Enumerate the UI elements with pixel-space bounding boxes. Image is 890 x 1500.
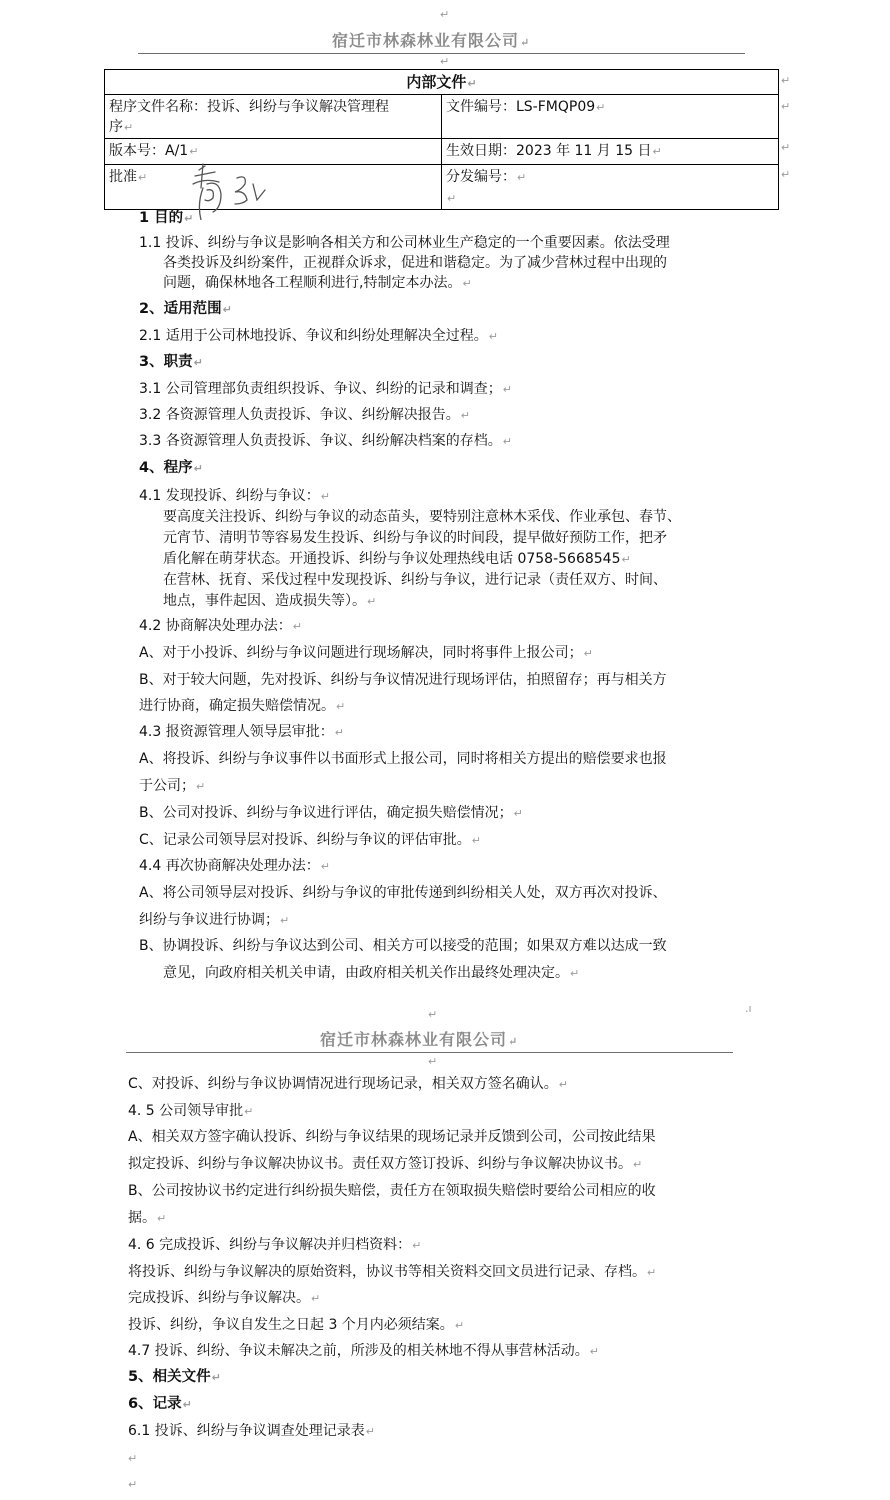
paragraph-mark: ↵	[223, 303, 232, 316]
paragraph-mark: ↵	[321, 490, 330, 503]
section-2-heading: 2、适用范围↵	[139, 299, 232, 320]
paragraph: 纠纷与争议进行协调；↵	[139, 910, 289, 931]
paragraph-mark: ↵	[489, 330, 498, 343]
paragraph-text: 4.7 投诉、纠纷、争议未解决之前，所涉及的相关林地不得从事营林活动。	[128, 1343, 589, 1359]
distribution-number-cell: 分发编号：↵ ↵	[442, 165, 779, 210]
paragraph-text: 4.1 发现投诉、纠纷与争议：	[139, 488, 320, 504]
paragraph-text: 3.1 公司管理部负责组织投诉、争议、纠纷的记录和调查；	[139, 381, 502, 397]
paragraph-mark: ↵	[461, 409, 470, 422]
paragraph-mark: ↵	[462, 277, 471, 290]
paragraph: 1.1 投诉、纠纷与争议是影响各相关方和公司林业生产稳定的一个重要因素。依法受理	[139, 233, 670, 253]
paragraph-mark: ↵	[596, 101, 605, 114]
paragraph: 4. 6 完成投诉、纠纷与争议解决并归档资料：↵	[128, 1235, 421, 1256]
paragraph: 4.3 报资源管理人领导层审批：↵	[139, 722, 344, 743]
company-header-page-2: 宿迁市林森林业有限公司↵	[320, 1027, 518, 1050]
paragraph-text: 将投诉、纠纷与争议解决的原始资料，协议书等相关资料交回文员进行记录、存档。	[128, 1264, 646, 1280]
paragraph-mark: ↵	[781, 74, 790, 87]
paragraph-mark: ↵	[366, 1425, 375, 1438]
paragraph: 拟定投诉、纠纷与争议解决协议书。责任双方签订投诉、纠纷与争议解决协议书。↵	[128, 1154, 642, 1175]
paragraph-text: 4. 6 完成投诉、纠纷与争议解决并归档资料：	[128, 1237, 411, 1253]
doc-number: 文件编号：LS-FMQP09	[446, 99, 595, 115]
heading-text: 1 目的	[139, 210, 183, 226]
program-name: 程序文件名称：投诉、纠纷与争议解决管理程	[109, 99, 389, 115]
paragraph-text: 于公司；	[139, 778, 195, 794]
paragraph: 4. 5 公司领导审批↵	[128, 1101, 253, 1122]
paragraph: B、对于较大问题，先对投诉、纠纷与争议情况进行现场评估，拍照留存；再与相关方	[139, 670, 667, 690]
paragraph-mark: ↵	[514, 807, 523, 820]
heading-text: 4、程序	[139, 460, 193, 476]
paragraph-mark: ↵	[194, 356, 203, 369]
distribution-number: 分发编号：	[446, 169, 516, 185]
paragraph-mark: ↵	[212, 1371, 221, 1384]
paragraph-text: 纠纷与争议进行协调；	[139, 912, 279, 928]
paragraph: C、记录公司领导层对投诉、纠纷与争议的评估审批。↵	[139, 830, 481, 851]
paragraph-text: 地点，事件起因、造成损失等）。	[163, 593, 366, 609]
paragraph: 3.3 各资源管理人负责投诉、争议、纠纷解决档案的存档。↵	[139, 431, 512, 452]
paragraph-mark: ↵	[183, 1398, 192, 1411]
program-name-cell: 程序文件名称：投诉、纠纷与争议解决管理程 序↵	[105, 95, 442, 139]
paragraph-mark: ↵	[280, 914, 289, 927]
paragraph-mark: ↵	[128, 1478, 137, 1491]
paragraph-text: 问题，确保林地各工程顺利进行,特制定本办法。	[163, 275, 461, 291]
paragraph: A、将公司领导层对投诉、纠纷与争议的审批传递到纠纷相关人处，双方再次对投诉、	[139, 883, 667, 903]
header-divider	[138, 53, 745, 54]
paragraph-mark: ↵	[455, 1319, 464, 1332]
paragraph-text: 4. 5 公司领导审批	[128, 1103, 243, 1119]
paragraph: 地点，事件起因、造成损失等）。↵	[163, 591, 376, 612]
paragraph-mark: ↵	[293, 620, 302, 633]
paragraph: A、相关双方签字确认投诉、纠纷与争议结果的现场记录并反馈到公司，公司按此结果	[128, 1127, 656, 1147]
paragraph-mark: ↵	[321, 860, 330, 873]
paragraph-mark: ↵	[467, 77, 476, 90]
paragraph-mark: ↵	[621, 553, 630, 566]
paragraph-mark: ↵	[336, 700, 345, 713]
paragraph-mark: ↵	[503, 383, 512, 396]
paragraph-text: 拟定投诉、纠纷与争议解决协议书。责任双方签订投诉、纠纷与争议解决协议书。	[128, 1156, 632, 1172]
paragraph-mark: ↵	[412, 1239, 421, 1252]
paragraph-text: 3.3 各资源管理人负责投诉、争议、纠纷解决档案的存档。	[139, 433, 502, 449]
paragraph-text: 据。	[128, 1210, 156, 1226]
paragraph: 4.2 协商解决处理办法：↵	[139, 616, 302, 637]
paragraph-mark: ↵	[503, 435, 512, 448]
paragraph: 元宵节、清明节等容易发生投诉、纠纷与争议的时间段，提早做好预防工作，把矛	[163, 528, 667, 548]
paragraph-mark: ↵	[440, 8, 449, 21]
section-1-heading: 1 目的↵	[139, 208, 193, 229]
section-3-heading: 3、职责↵	[139, 352, 203, 373]
paragraph: 3.2 各资源管理人负责投诉、争议、纠纷解决报告。↵	[139, 405, 470, 426]
paragraph-mark: ↵	[194, 462, 203, 475]
paragraph-mark: ↵	[520, 36, 530, 49]
paragraph: 2.1 适用于公司林地投诉、争议和纠纷处理解决全过程。↵	[139, 326, 498, 347]
paragraph-mark: ↵	[584, 647, 593, 660]
paragraph-mark: ↵	[428, 1008, 437, 1021]
paragraph: 将投诉、纠纷与争议解决的原始资料，协议书等相关资料交回文员进行记录、存档。↵	[128, 1262, 656, 1283]
paragraph: 问题，确保林地各工程顺利进行,特制定本办法。↵	[163, 273, 472, 294]
paragraph-text: C、对投诉、纠纷与争议协调情况进行现场记录，相关双方签名确认。	[128, 1076, 558, 1092]
heading-text: 6、记录	[128, 1396, 182, 1412]
paragraph-mark: ↵	[781, 141, 790, 154]
paragraph-mark: ↵	[124, 121, 133, 134]
heading-text: 2、适用范围	[139, 301, 222, 317]
paragraph-mark: ↵	[781, 100, 790, 113]
paragraph-text: 意见，向政府相关机关申请，由政府相关机关作出最终处理决定。	[163, 965, 569, 981]
effective-date-cell: 生效日期：2023 年 11 月 15 日↵	[442, 139, 779, 165]
paragraph-text: 2.1 适用于公司林地投诉、争议和纠纷处理解决全过程。	[139, 328, 488, 344]
paragraph-text: 4.3 报资源管理人领导层审批：	[139, 724, 334, 740]
paragraph: 进行协商，确定损失赔偿情况。↵	[139, 696, 345, 717]
paragraph-mark: ↵	[440, 55, 449, 68]
paragraph-mark: ↵	[508, 1035, 518, 1048]
paragraph: 3.1 公司管理部负责组织投诉、争议、纠纷的记录和调查；↵	[139, 379, 512, 400]
paragraph: 投诉、纠纷，争议自发生之日起 3 个月内必须结案。↵	[128, 1315, 464, 1336]
paragraph: 完成投诉、纠纷与争议解决。↵	[128, 1288, 320, 1309]
company-header-text: 宿迁市林森林业有限公司	[332, 31, 519, 50]
paragraph-mark: ↵	[781, 168, 790, 181]
handwritten-signature	[185, 160, 280, 220]
paragraph-mark: ↵	[428, 1055, 437, 1068]
company-header-text: 宿迁市林森林业有限公司	[320, 1030, 507, 1049]
paragraph-text: 4.2 协商解决处理办法：	[139, 618, 292, 634]
internal-document-title: 内部文件↵	[105, 70, 779, 95]
section-6-heading: 6、记录↵	[128, 1394, 192, 1415]
heading-text: 3、职责	[139, 354, 193, 370]
paragraph-text: C、记录公司领导层对投诉、纠纷与争议的评估审批。	[139, 832, 471, 848]
paragraph-mark: ↵	[367, 595, 376, 608]
paragraph: 于公司；↵	[139, 776, 205, 797]
paragraph-mark: ↵	[244, 1105, 253, 1118]
paragraph: 在营林、抚育、采伐过程中发现投诉、纠纷与争议，进行记录（责任双方、时间、	[163, 570, 667, 590]
paragraph: 各类投诉及纠纷案件，正视群众诉求，促进和谐稳定。为了减少营林过程中出现的	[163, 253, 667, 273]
paragraph-mark: ↵	[633, 1158, 642, 1171]
paragraph-mark: ↵	[196, 780, 205, 793]
paragraph-mark: ↵	[647, 1266, 656, 1279]
version: 版本号：A/1	[109, 143, 188, 159]
paragraph-mark: ↵	[653, 145, 662, 158]
paragraph-mark: ↵	[559, 1078, 568, 1091]
paragraph-text: 6.1 投诉、纠纷与争议调查处理记录表	[128, 1423, 365, 1439]
paragraph: 意见，向政府相关机关申请，由政府相关机关作出最终处理决定。↵	[163, 963, 579, 984]
paragraph-text: B、公司对投诉、纠纷与争议进行评估，确定损失赔偿情况；	[139, 805, 513, 821]
effective-date: 生效日期：2023 年 11 月 15 日	[446, 143, 652, 159]
paragraph: 要高度关注投诉、纠纷与争议的动态苗头，要特别注意林木采伐、作业承包、春节、	[163, 507, 681, 527]
company-header: 宿迁市林森林业有限公司↵	[332, 28, 530, 51]
paragraph-mark: ↵	[311, 1292, 320, 1305]
paragraph-mark: ↵	[138, 171, 147, 184]
paragraph-mark: ↵	[128, 1452, 137, 1465]
paragraph-mark: ↵	[189, 145, 198, 158]
paragraph-text: 投诉、纠纷，争议自发生之日起 3 个月内必须结案。	[128, 1317, 454, 1333]
paragraph: A、将投诉、纠纷与争议事件以书面形式上报公司，同时将相关方提出的赔偿要求也报	[139, 749, 667, 769]
doc-number-cell: 文件编号：LS-FMQP09↵	[442, 95, 779, 139]
paragraph: B、协调投诉、纠纷与争议达到公司、相关方可以接受的范围；如果双方难以达成一致	[139, 936, 667, 956]
paragraph-mark: ↵	[335, 726, 344, 739]
paragraph-mark: ↵	[517, 171, 526, 184]
paragraph-mark: ↵	[447, 192, 456, 205]
approval-label: 批准	[109, 169, 137, 185]
paragraph-text: A、对于小投诉、纠纷与争议问题进行现场解决，同时将事件上报公司；	[139, 645, 583, 661]
header-divider	[126, 1052, 733, 1053]
section-5-heading: 5、相关文件↵	[128, 1367, 221, 1388]
paragraph-text: 进行协商，确定损失赔偿情况。	[139, 698, 335, 714]
paragraph: B、公司对投诉、纠纷与争议进行评估，确定损失赔偿情况；↵	[139, 803, 523, 824]
paragraph-mark: ↵	[472, 834, 481, 847]
paragraph: 6.1 投诉、纠纷与争议调查处理记录表↵	[128, 1421, 375, 1442]
paragraph-mark: ↵	[157, 1212, 166, 1225]
paragraph-mark: ↵	[590, 1345, 599, 1358]
table-title-text: 内部文件	[406, 73, 466, 91]
paragraph: 4.7 投诉、纠纷、争议未解决之前，所涉及的相关林地不得从事营林活动。↵	[128, 1341, 599, 1362]
paragraph: 据。↵	[128, 1208, 166, 1229]
section-mark: .ı	[745, 1002, 752, 1015]
paragraph-text: 完成投诉、纠纷与争议解决。	[128, 1290, 310, 1306]
paragraph: B、公司按协议书约定进行纠纷损失赔偿，责任方在领取损失赔偿时要给公司相应的收	[128, 1181, 656, 1201]
heading-text: 5、相关文件	[128, 1369, 211, 1385]
paragraph-mark: ↵	[184, 212, 193, 225]
paragraph: C、对投诉、纠纷与争议协调情况进行现场记录，相关双方签名确认。↵	[128, 1074, 568, 1095]
section-4-heading: 4、程序↵	[139, 458, 203, 479]
paragraph: A、对于小投诉、纠纷与争议问题进行现场解决，同时将事件上报公司；↵	[139, 643, 593, 664]
paragraph-text: 3.2 各资源管理人负责投诉、争议、纠纷解决报告。	[139, 407, 460, 423]
paragraph-text: 4.4 再次协商解决处理办法：	[139, 858, 320, 874]
paragraph: 盾化解在萌芽状态。开通投诉、纠纷与争议处理热线电话 0758-5668545↵	[163, 549, 631, 570]
paragraph: 4.4 再次协商解决处理办法：↵	[139, 856, 330, 877]
paragraph-text: 盾化解在萌芽状态。开通投诉、纠纷与争议处理热线电话 0758-5668545	[163, 551, 620, 567]
paragraph-mark: ↵	[570, 967, 579, 980]
program-name-cont: 序	[109, 119, 123, 135]
paragraph: 4.1 发现投诉、纠纷与争议：↵	[139, 486, 330, 507]
